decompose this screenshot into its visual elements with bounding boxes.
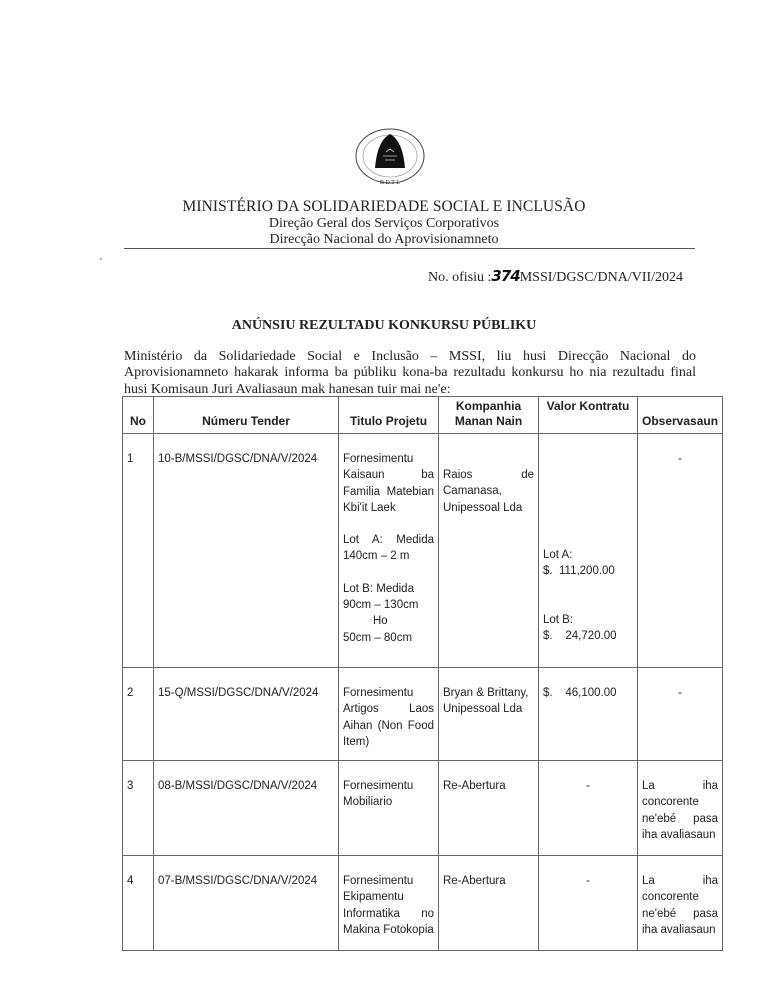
header-divider [124, 248, 695, 249]
table-header-row: No Númeru Tender Titulo Projetu Kompanhi… [123, 397, 723, 434]
project-title: Fornesimentu Kaisaun ba Familia Matebian… [343, 451, 434, 516]
scan-speck [100, 258, 102, 260]
results-table: No Númeru Tender Titulo Projetu Kompanhi… [122, 396, 723, 951]
header-winning-company: Kompanhia Manan Nain [439, 397, 539, 434]
header-tender-number: Númeru Tender [154, 397, 339, 434]
handwritten-number: 374 [491, 267, 519, 285]
row-value: $. 46,100.00 [539, 668, 638, 761]
lot-a-label: Lot A: [543, 547, 633, 563]
lot-b-connector: Ho [343, 613, 434, 629]
row-observation: - [638, 434, 723, 668]
row-value: - [539, 856, 638, 951]
svg-text:R D T L: R D T L [380, 180, 400, 186]
ministry-name: MINISTÉRIO DA SOLIDARIEDADE SOCIAL E INC… [0, 198, 768, 216]
document-title: ANÚNSIU REZULTADU KONKURSU PÚBLIKU [0, 318, 768, 334]
row-tender: 10-B/MSSI/DGSC/DNA/V/2024 [154, 434, 339, 668]
table-row: 3 08-B/MSSI/DGSC/DNA/V/2024 Fornesimentu… [123, 761, 723, 856]
row-observation: La iha concorente ne'ebé pasa iha avalia… [638, 761, 723, 856]
directorate-name: Direcção Nacional do Aprovisionamneto [0, 232, 768, 248]
reference-label: No. ofisiu : [428, 270, 491, 285]
header-contract-value: Valor Kontratu [539, 397, 638, 434]
coat-of-arms-icon: R D T L [353, 126, 427, 188]
lot-a-description: Lot A: Medida 140cm – 2 m [343, 532, 434, 565]
row-tender: 08-B/MSSI/DGSC/DNA/V/2024 [154, 761, 339, 856]
header-no: No [123, 397, 154, 434]
table-row: 1 10-B/MSSI/DGSC/DNA/V/2024 Fornesimentu… [123, 434, 723, 668]
row-no: 4 [123, 856, 154, 951]
lot-b-description: Lot B: Medida [343, 581, 434, 597]
lot-b-range-1: 90cm – 130cm [343, 597, 434, 613]
row-title: Fornesimentu Kaisaun ba Familia Matebian… [339, 434, 439, 668]
reference-suffix: MSSI/DGSC/DNA/VII/2024 [520, 270, 683, 285]
row-value: Lot A: $. 111,200.00 Lot B: $. 24,720.00 [539, 434, 638, 668]
row-company: Re-Abertura [439, 761, 539, 856]
row-company: Raios de Camanasa, Unipessoal Lda [439, 434, 539, 668]
row-title: Fornesimentu Artigos Laos Aihan (Non Foo… [339, 668, 439, 761]
row-company: Bryan & Brittany, Unipessoal Lda [439, 668, 539, 761]
row-value: - [539, 761, 638, 856]
lot-b-range-2: 50cm – 80cm [343, 630, 434, 646]
row-observation: La iha concorente ne'ebé pasa iha avalia… [638, 856, 723, 951]
lot-a-value: $. 111,200.00 [543, 563, 633, 579]
intro-paragraph: Ministério da Solidariedade Social e Inc… [124, 349, 696, 398]
lot-b-value: $. 24,720.00 [543, 628, 633, 644]
row-tender: 15-Q/MSSI/DGSC/DNA/V/2024 [154, 668, 339, 761]
table-row: 2 15-Q/MSSI/DGSC/DNA/V/2024 Fornesimentu… [123, 668, 723, 761]
table-row: 4 07-B/MSSI/DGSC/DNA/V/2024 Fornesimentu… [123, 856, 723, 951]
header-project-title: Titulo Projetu [339, 397, 439, 434]
row-observation: - [638, 668, 723, 761]
row-title: Fornesimentu Mobiliario [339, 761, 439, 856]
row-no: 2 [123, 668, 154, 761]
row-company: Re-Abertura [439, 856, 539, 951]
row-title: Fornesimentu Ekipamentu Informatika no M… [339, 856, 439, 951]
department-name: Direção Geral dos Serviços Corporativos [0, 216, 768, 232]
row-tender: 07-B/MSSI/DGSC/DNA/V/2024 [154, 856, 339, 951]
row-no: 3 [123, 761, 154, 856]
header-observation: Observasaun [638, 397, 723, 434]
reference-number: No. ofisiu :374MSSI/DGSC/DNA/VII/2024 [428, 267, 683, 286]
lot-b-label: Lot B: [543, 612, 633, 628]
row-no: 1 [123, 434, 154, 668]
